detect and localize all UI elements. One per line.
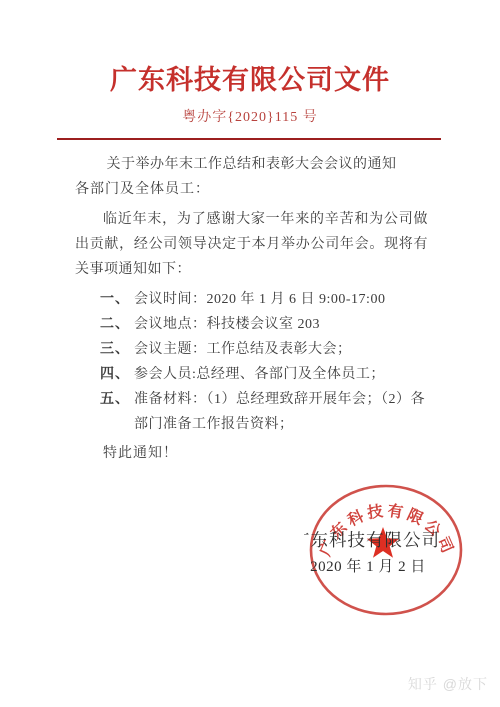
- signature-company-name: 广东科技有限公司: [304, 530, 440, 550]
- item-text: 会议主题：工作总结及表彰大会；: [134, 337, 428, 362]
- watermark-credit: 知乎 @放下: [408, 674, 488, 694]
- notice-item-list: 一、 会议时间：2020 年 1 月 6 日 9:00-17:00 二、 会议地…: [75, 287, 428, 437]
- item-number: 三、: [100, 337, 134, 362]
- closing-line: 特此通知！: [75, 441, 428, 466]
- document-body: 关于举办年末工作总结和表彰大会会议的通知 各部门及全体员工： 临近年末，为了感谢…: [75, 152, 428, 466]
- list-item: 一、 会议时间：2020 年 1 月 6 日 9:00-17:00: [100, 287, 428, 312]
- signature-date: 2020 年 1 月 2 日: [310, 557, 426, 575]
- document-page: 广东科技有限公司文件 粤办字{2020}115 号 关于举办年末工作总结和表彰大…: [0, 0, 500, 707]
- item-number: 二、: [100, 312, 134, 337]
- intro-paragraph: 临近年末，为了感谢大家一年来的辛苦和为公司做出贡献，经公司领导决定于本月举办公司…: [75, 207, 428, 282]
- document-number: 粤办字{2020}115 号: [0, 106, 500, 126]
- item-text: 会议地点：科技楼会议室 203: [134, 312, 428, 337]
- list-item: 五、 准备材料：（1）总经理致辞开展年会；（2）各部门准备工作报告资料；: [100, 387, 428, 437]
- letterhead-divider-rule: [57, 138, 441, 140]
- item-text: 准备材料：（1）总经理致辞开展年会；（2）各部门准备工作报告资料；: [134, 387, 428, 437]
- item-text: 会议时间：2020 年 1 月 6 日 9:00-17:00: [134, 287, 428, 312]
- list-item: 三、 会议主题：工作总结及表彰大会；: [100, 337, 428, 362]
- notice-subject: 关于举办年末工作总结和表彰大会会议的通知: [75, 152, 428, 177]
- item-number: 一、: [100, 287, 134, 312]
- company-seal-graphic: 广东科技有限公司 广东科技有限公司 2020 年 1 月 2 日: [304, 478, 468, 626]
- company-seal: 广东科技有限公司 广东科技有限公司 2020 年 1 月 2 日: [304, 478, 468, 626]
- company-letterhead-title: 广东科技有限公司文件: [0, 58, 500, 97]
- item-number: 五、: [100, 387, 134, 437]
- list-item: 二、 会议地点：科技楼会议室 203: [100, 312, 428, 337]
- salutation: 各部门及全体员工：: [75, 177, 428, 202]
- item-number: 四、: [100, 362, 134, 387]
- list-item: 四、 参会人员:总经理、各部门及全体员工；: [100, 362, 428, 387]
- item-text: 参会人员:总经理、各部门及全体员工；: [134, 362, 428, 387]
